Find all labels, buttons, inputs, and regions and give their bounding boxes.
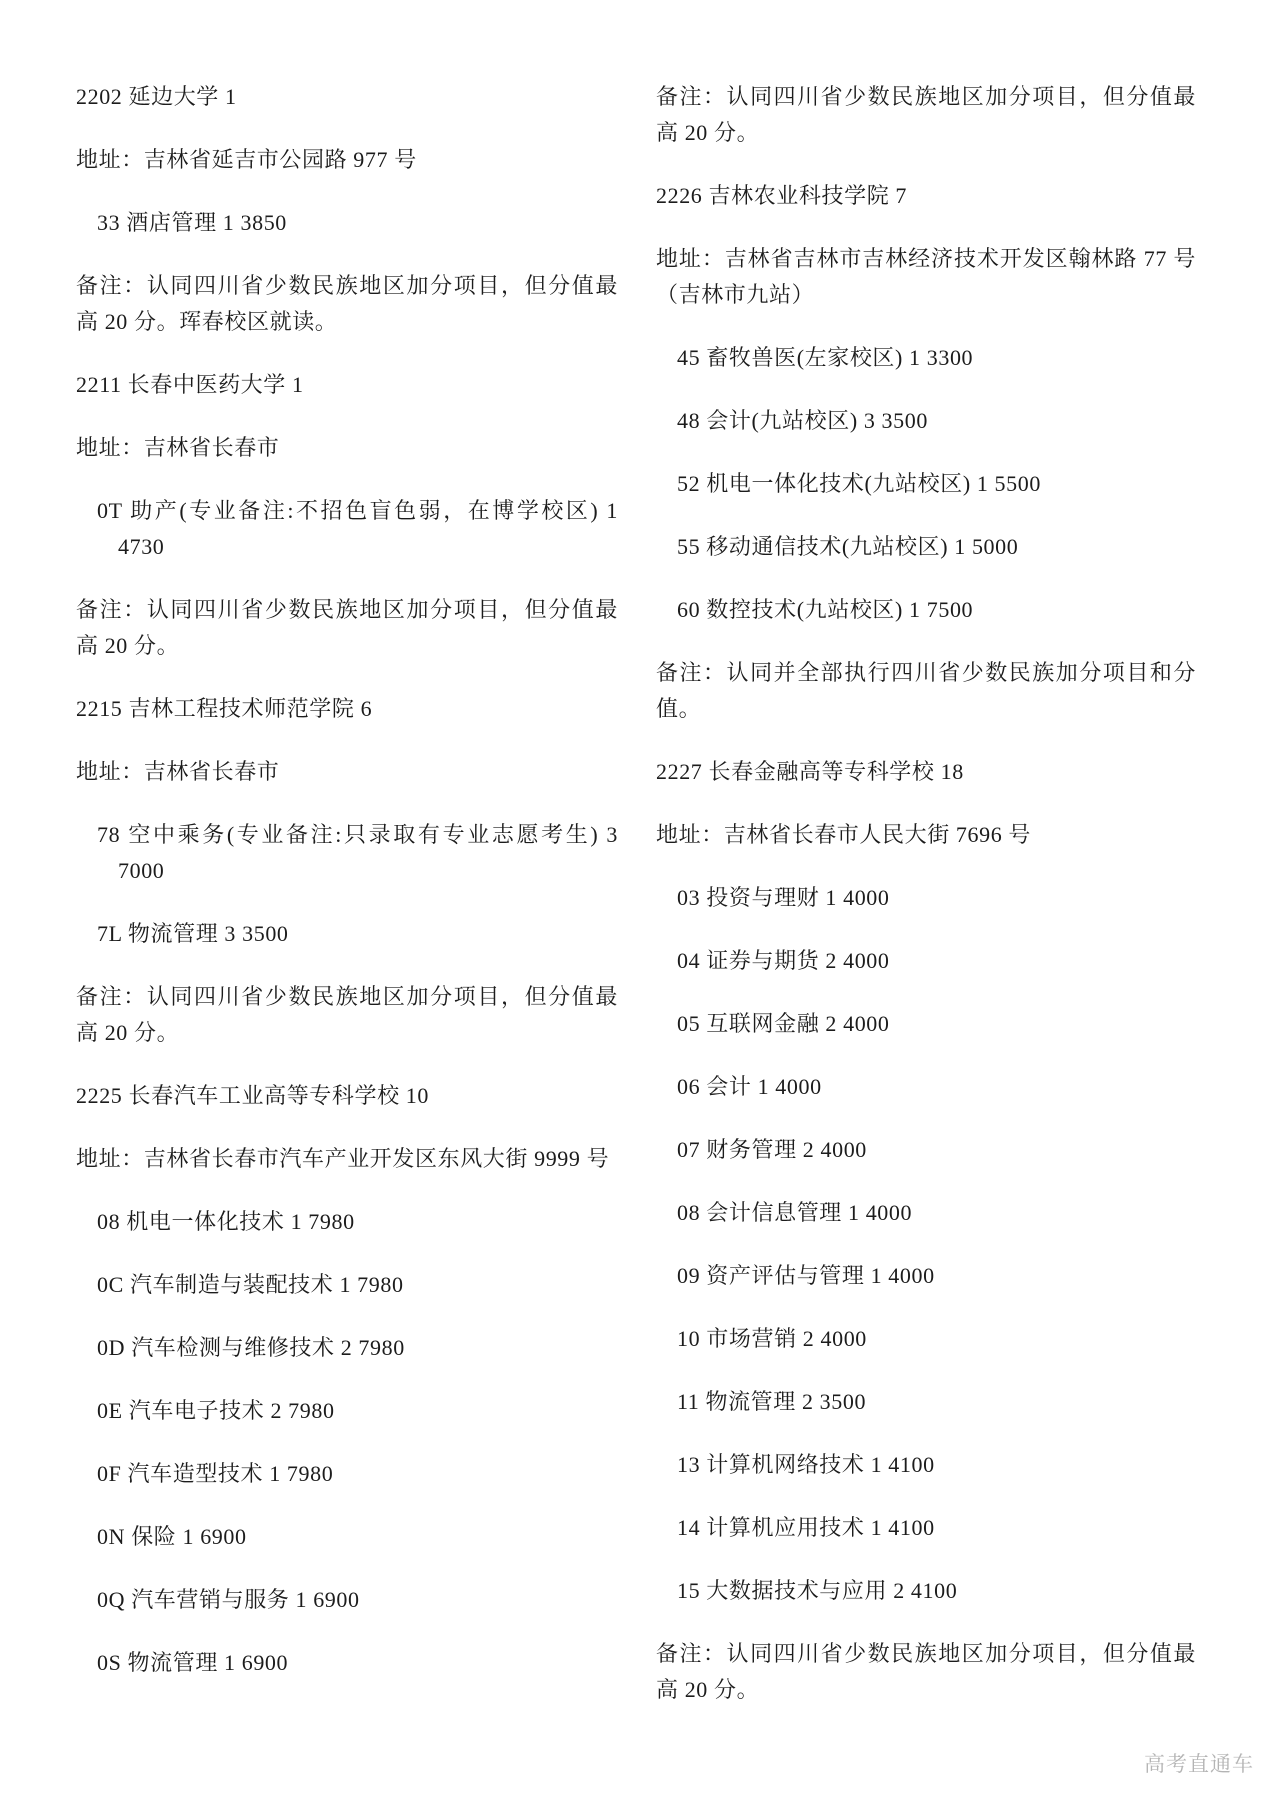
- left-column: 2202 延边大学 1地址：吉林省延吉市公园路 977 号33 酒店管理 1 3…: [76, 79, 618, 1708]
- program-line: 0F 汽车造型技术 1 7980: [76, 1456, 618, 1492]
- program-line: 0S 物流管理 1 6900: [76, 1645, 618, 1681]
- program-line: 0D 汽车检测与维修技术 2 7980: [76, 1330, 618, 1366]
- school-line: 2215 吉林工程技术师范学院 6: [76, 691, 618, 727]
- note-line: 备注：认同四川省少数民族地区加分项目，但分值最高 20 分。: [656, 79, 1196, 151]
- program-line: 0N 保险 1 6900: [76, 1519, 618, 1555]
- program-line: 0E 汽车电子技术 2 7980: [76, 1393, 618, 1429]
- school-line: 2226 吉林农业科技学院 7: [656, 178, 1196, 214]
- program-line: 10 市场营销 2 4000: [656, 1321, 1196, 1357]
- program-line: 15 大数据技术与应用 2 4100: [656, 1573, 1196, 1609]
- program-line: 08 机电一体化技术 1 7980: [76, 1204, 618, 1240]
- address-line: 地址：吉林省长春市人民大街 7696 号: [656, 817, 1196, 853]
- program-line: 08 会计信息管理 1 4000: [656, 1195, 1196, 1231]
- program-line: 03 投资与理财 1 4000: [656, 880, 1196, 916]
- program-line: 11 物流管理 2 3500: [656, 1384, 1196, 1420]
- address-line: 地址：吉林省长春市: [76, 430, 618, 466]
- school-line: 2225 长春汽车工业高等专科学校 10: [76, 1078, 618, 1114]
- watermark: 高考直通车: [1144, 1752, 1254, 1776]
- note-line: 备注：认同四川省少数民族地区加分项目，但分值最高 20 分。珲春校区就读。: [76, 268, 618, 340]
- program-line: 52 机电一体化技术(九站校区) 1 5500: [656, 466, 1196, 502]
- program-line: 7L 物流管理 3 3500: [76, 916, 618, 952]
- address-line: 地址：吉林省延吉市公园路 977 号: [76, 142, 618, 178]
- address-line: 地址：吉林省长春市汽车产业开发区东风大街 9999 号: [76, 1141, 618, 1177]
- program-line: 07 财务管理 2 4000: [656, 1132, 1196, 1168]
- program-line: 0T 助产(专业备注:不招色盲色弱，在博学校区) 1 4730: [76, 493, 618, 565]
- note-line: 备注：认同四川省少数民族地区加分项目，但分值最高 20 分。: [656, 1636, 1196, 1708]
- program-line: 0C 汽车制造与装配技术 1 7980: [76, 1267, 618, 1303]
- program-line: 55 移动通信技术(九站校区) 1 5000: [656, 529, 1196, 565]
- program-line: 13 计算机网络技术 1 4100: [656, 1447, 1196, 1483]
- program-line: 48 会计(九站校区) 3 3500: [656, 403, 1196, 439]
- program-line: 60 数控技术(九站校区) 1 7500: [656, 592, 1196, 628]
- program-line: 14 计算机应用技术 1 4100: [656, 1510, 1196, 1546]
- program-line: 0Q 汽车营销与服务 1 6900: [76, 1582, 618, 1618]
- document-page: 2202 延边大学 1地址：吉林省延吉市公园路 977 号33 酒店管理 1 3…: [0, 0, 1280, 1810]
- program-line: 45 畜牧兽医(左家校区) 1 3300: [656, 340, 1196, 376]
- school-line: 2211 长春中医药大学 1: [76, 367, 618, 403]
- program-line: 33 酒店管理 1 3850: [76, 205, 618, 241]
- address-line: 地址：吉林省长春市: [76, 754, 618, 790]
- program-line: 09 资产评估与管理 1 4000: [656, 1258, 1196, 1294]
- program-line: 78 空中乘务(专业备注:只录取有专业志愿考生) 3 7000: [76, 817, 618, 889]
- school-line: 2227 长春金融高等专科学校 18: [656, 754, 1196, 790]
- note-line: 备注：认同并全部执行四川省少数民族加分项目和分值。: [656, 655, 1196, 727]
- program-line: 04 证券与期货 2 4000: [656, 943, 1196, 979]
- note-line: 备注：认同四川省少数民族地区加分项目，但分值最高 20 分。: [76, 592, 618, 664]
- address-line: 地址：吉林省吉林市吉林经济技术开发区翰林路 77 号（吉林市九站）: [656, 241, 1196, 313]
- right-column: 备注：认同四川省少数民族地区加分项目，但分值最高 20 分。2226 吉林农业科…: [656, 79, 1196, 1735]
- note-line: 备注：认同四川省少数民族地区加分项目，但分值最高 20 分。: [76, 979, 618, 1051]
- program-line: 05 互联网金融 2 4000: [656, 1006, 1196, 1042]
- school-line: 2202 延边大学 1: [76, 79, 618, 115]
- program-line: 06 会计 1 4000: [656, 1069, 1196, 1105]
